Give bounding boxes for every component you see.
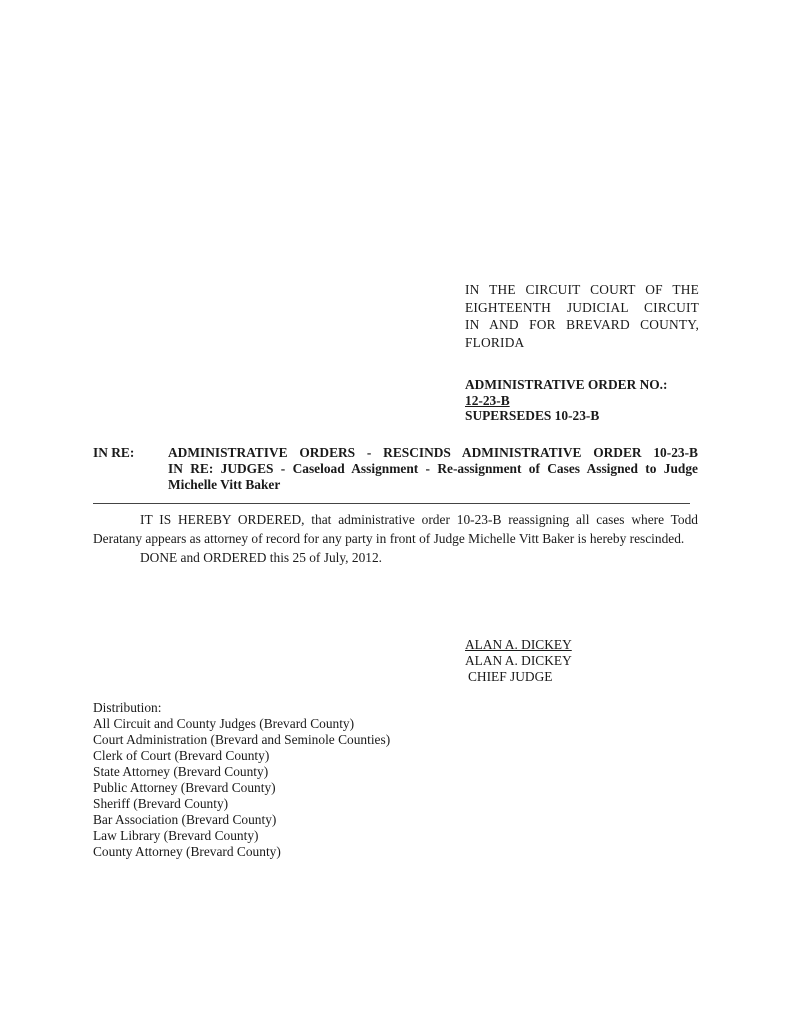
order-body: IT IS HEREBY ORDERED, that administrativ… (93, 510, 698, 567)
signature-block: ALAN A. DICKEY ALAN A. DICKEY CHIEF JUDG… (465, 637, 572, 685)
caption-line: IN AND FOR BREVARD COUNTY, (465, 316, 699, 334)
in-re-subject: ADMINISTRATIVE ORDERS - RESCINDS ADMINIS… (168, 445, 698, 492)
distribution-item: Sheriff (Brevard County) (93, 796, 390, 812)
distribution-item: Bar Association (Brevard County) (93, 812, 390, 828)
distribution-item: Public Attorney (Brevard County) (93, 780, 390, 796)
done-and-ordered: DONE and ORDERED this 25 of July, 2012. (93, 548, 698, 567)
distribution-item: County Attorney (Brevard County) (93, 844, 390, 860)
judge-name: ALAN A. DICKEY (465, 653, 572, 669)
order-number-block: ADMINISTRATIVE ORDER NO.: 12-23-B SUPERS… (465, 377, 705, 424)
caption-line: IN THE CIRCUIT COURT OF THE (465, 281, 699, 299)
judge-title: CHIEF JUDGE (465, 669, 572, 685)
order-paragraph: IT IS HEREBY ORDERED, that administrativ… (93, 510, 698, 548)
separator-line (93, 503, 690, 504)
court-caption: IN THE CIRCUIT COURT OF THE EIGHTEENTH J… (465, 281, 699, 351)
distribution-item: All Circuit and County Judges (Brevard C… (93, 716, 390, 732)
in-re-line: Michelle Vitt Baker (168, 477, 698, 493)
caption-line: FLORIDA (465, 334, 699, 352)
distribution-item: Clerk of Court (Brevard County) (93, 748, 390, 764)
distribution-item: Court Administration (Brevard and Semino… (93, 732, 390, 748)
distribution-item: State Attorney (Brevard County) (93, 764, 390, 780)
order-label: ADMINISTRATIVE ORDER NO.: (465, 377, 705, 393)
order-number: 12-23-B (465, 393, 705, 409)
in-re-label: IN RE: (93, 445, 134, 461)
in-re-line: ADMINISTRATIVE ORDERS - RESCINDS ADMINIS… (168, 445, 698, 461)
distribution-item: Law Library (Brevard County) (93, 828, 390, 844)
supersedes-text: SUPERSEDES 10-23-B (465, 408, 705, 424)
distribution-list: Distribution: All Circuit and County Jud… (93, 700, 390, 860)
caption-line: EIGHTEENTH JUDICIAL CIRCUIT (465, 299, 699, 317)
signature: ALAN A. DICKEY (465, 637, 572, 653)
distribution-heading: Distribution: (93, 700, 390, 716)
in-re-line: IN RE: JUDGES - Caseload Assignment - Re… (168, 461, 698, 477)
